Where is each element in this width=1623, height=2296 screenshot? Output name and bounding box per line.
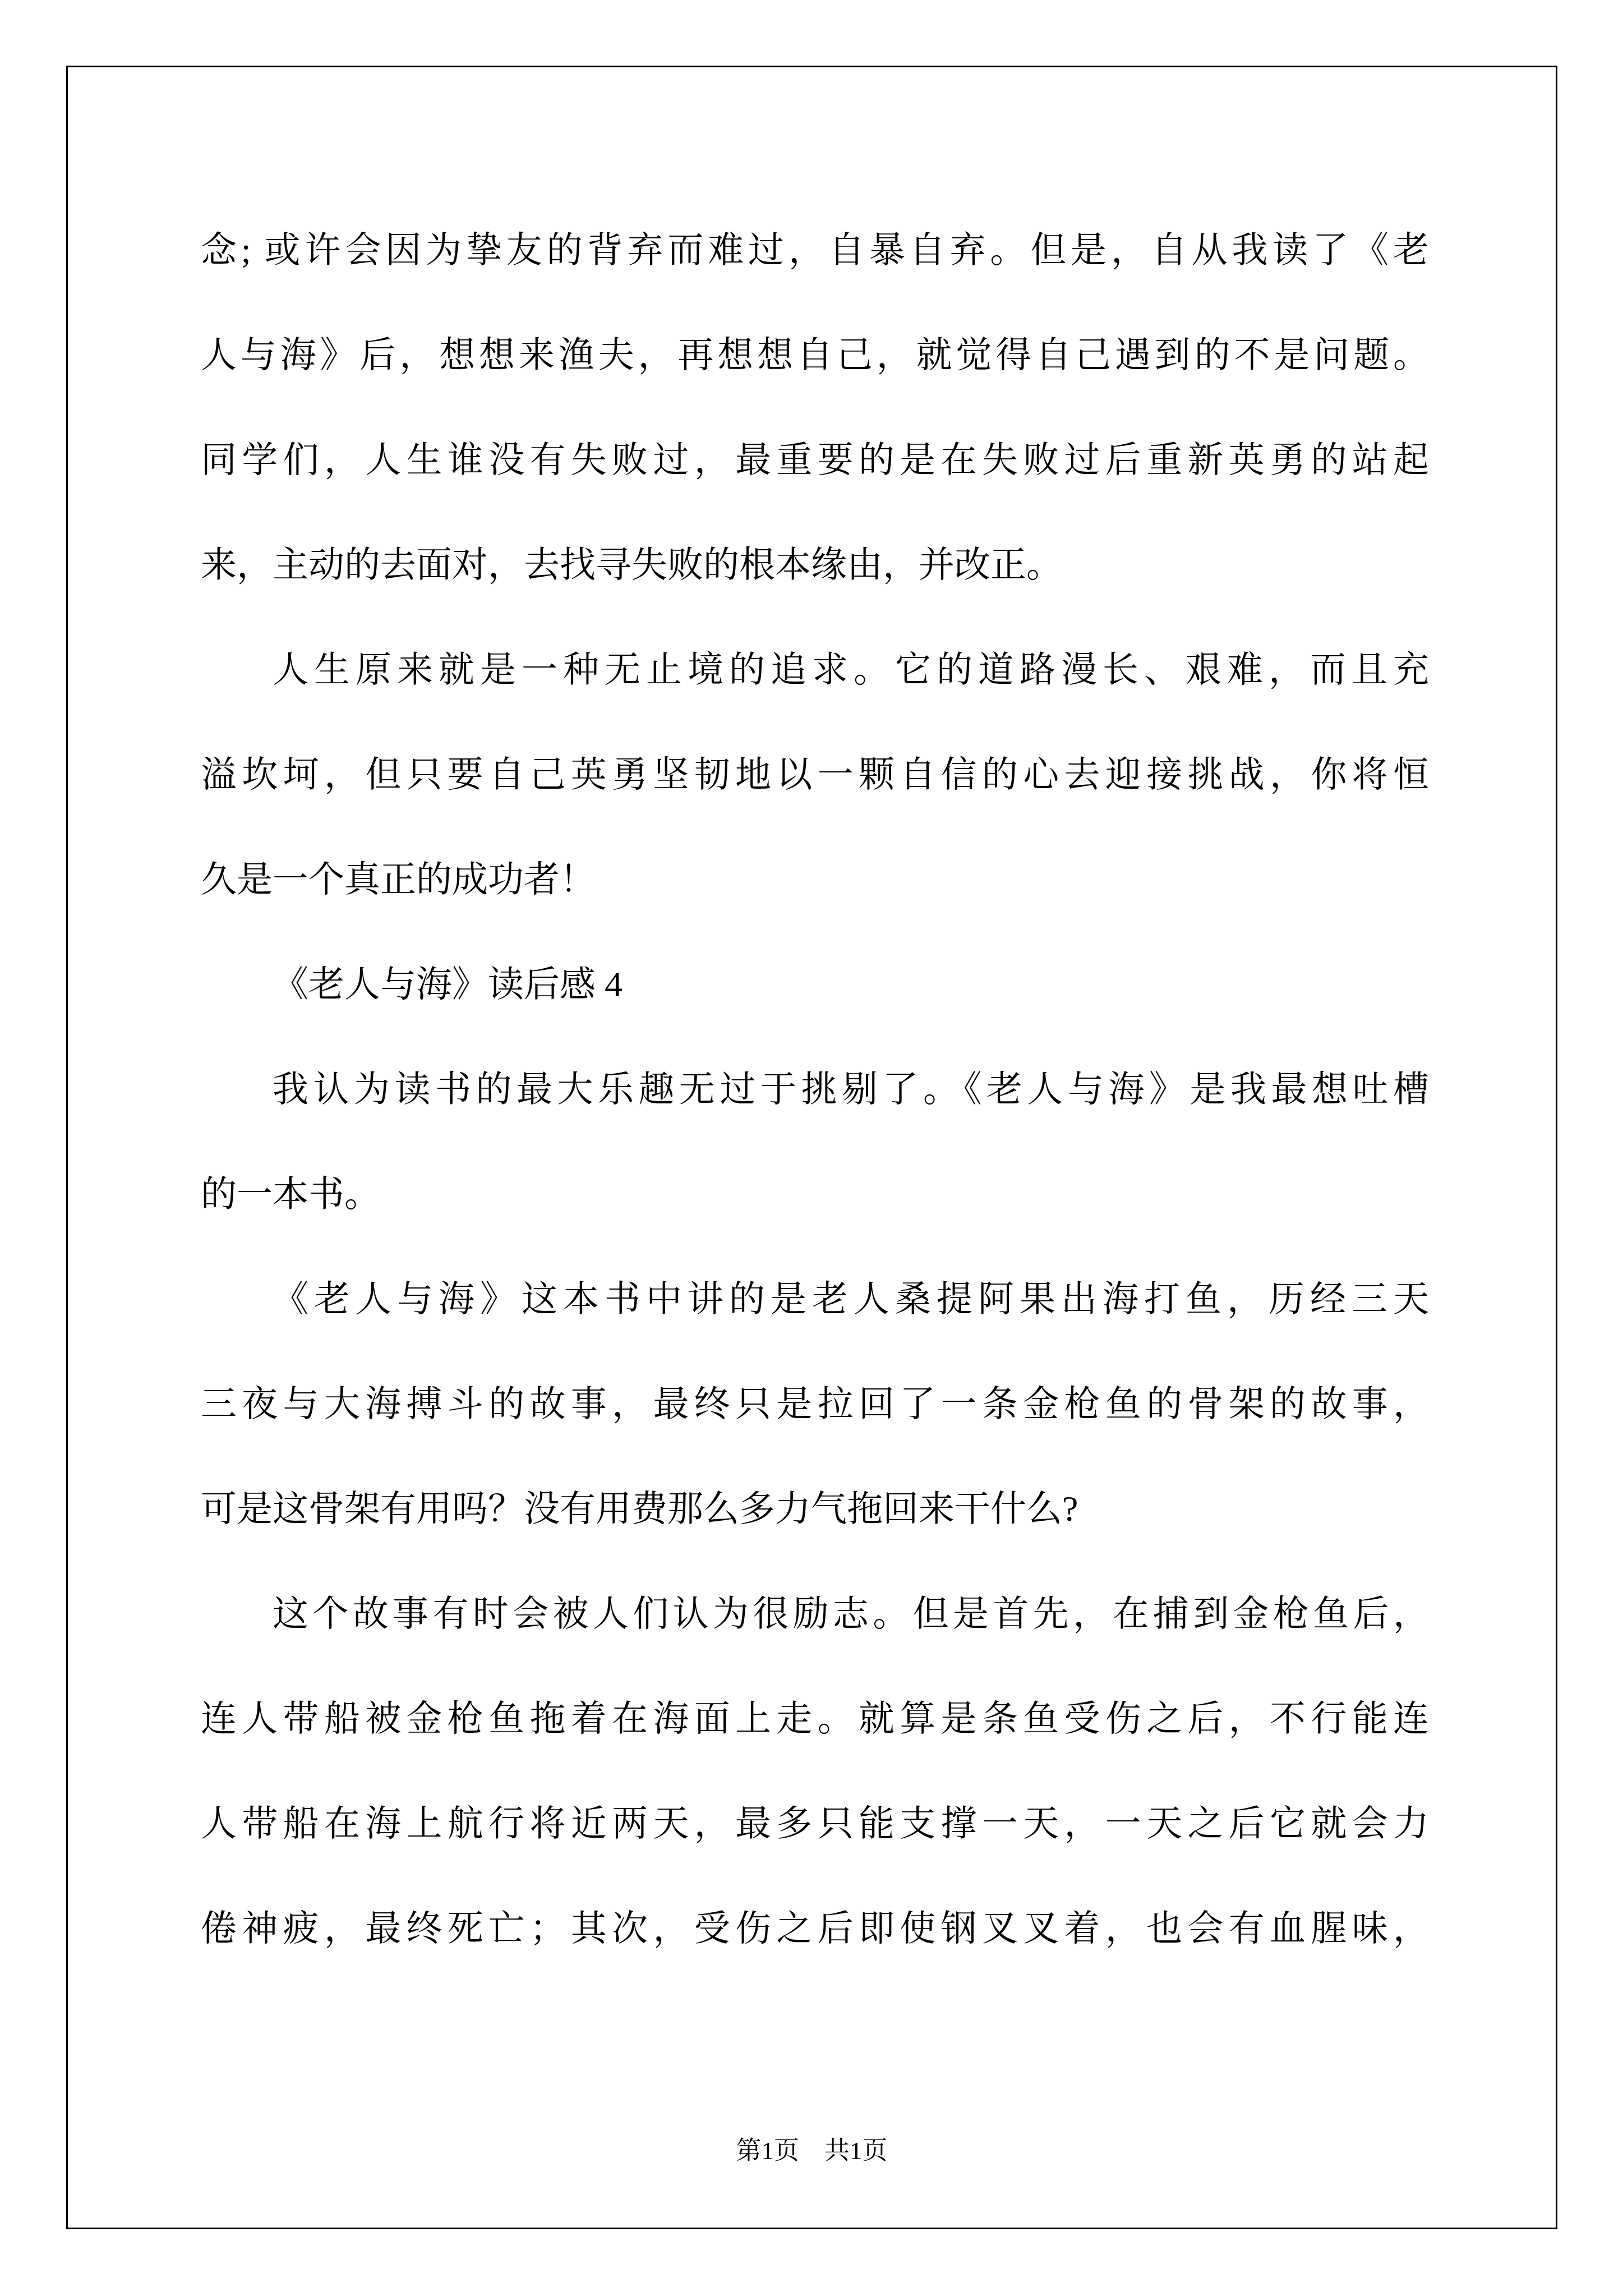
essay-line: 三夜与大海搏斗的故事，最终只是拉回了一条金枪鱼的骨架的故事， xyxy=(201,1351,1429,1456)
essay-line: 的一本书。 xyxy=(201,1142,1429,1246)
essay-line: 念; 或许会因为挚友的背弃而难过，自暴自弃。但是，自从我读了《老 xyxy=(201,197,1429,302)
page-border-frame: 念; 或许会因为挚友的背弃而难过，自暴自弃。但是，自从我读了《老 人与海》后，想… xyxy=(66,66,1557,2229)
essay-line: 人带船在海上航行将近两天，最多只能支撑一天，一天之后它就会力 xyxy=(201,1771,1429,1876)
essay-line: 可是这骨架有用吗？没有用费那么多力气拖回来干什么? xyxy=(201,1456,1429,1561)
essay-line: 来，主动的去面对，去找寻失败的根本缘由，并改正。 xyxy=(201,512,1429,617)
page-number-label: 第1页 共1页 xyxy=(736,2137,887,2165)
essay-line: 人生原来就是一种无止境的追求。它的道路漫长、艰难，而且充 xyxy=(201,617,1429,722)
essay-line: 溢坎坷，但只要自己英勇坚韧地以一颗自信的心去迎接挑战，你将恒 xyxy=(201,722,1429,827)
essay-line: 《老人与海》这本书中讲的是老人桑提阿果出海打鱼，历经三天 xyxy=(201,1246,1429,1351)
essay-line: 我认为读书的最大乐趣无过于挑剔了。《老人与海》是我最想吐槽 xyxy=(201,1037,1429,1142)
essay-text-block: 念; 或许会因为挚友的背弃而难过，自暴自弃。但是，自从我读了《老 人与海》后，想… xyxy=(201,197,1429,1981)
essay-section-heading: 《老人与海》读后感 4 xyxy=(201,932,1429,1037)
essay-line: 同学们，人生谁没有失败过，最重要的是在失败过后重新英勇的站起 xyxy=(201,407,1429,512)
essay-line: 人与海》后，想想来渔夫，再想想自己，就觉得自己遇到的不是问题。 xyxy=(201,302,1429,407)
page-footer: 第1页 共1页 xyxy=(68,2137,1556,2165)
essay-line: 连人带船被金枪鱼拖着在海面上走。就算是条鱼受伤之后，不行能连 xyxy=(201,1666,1429,1771)
essay-line: 倦神疲，最终死亡；其次，受伤之后即使钢叉叉着，也会有血腥味， xyxy=(201,1876,1429,1981)
essay-line: 这个故事有时会被人们认为很励志。但是首先，在捕到金枪鱼后， xyxy=(201,1561,1429,1666)
document-page: { "colors": { "background": "#ffffff", "… xyxy=(0,0,1623,2296)
essay-line: 久是一个真正的成功者！ xyxy=(201,827,1429,932)
